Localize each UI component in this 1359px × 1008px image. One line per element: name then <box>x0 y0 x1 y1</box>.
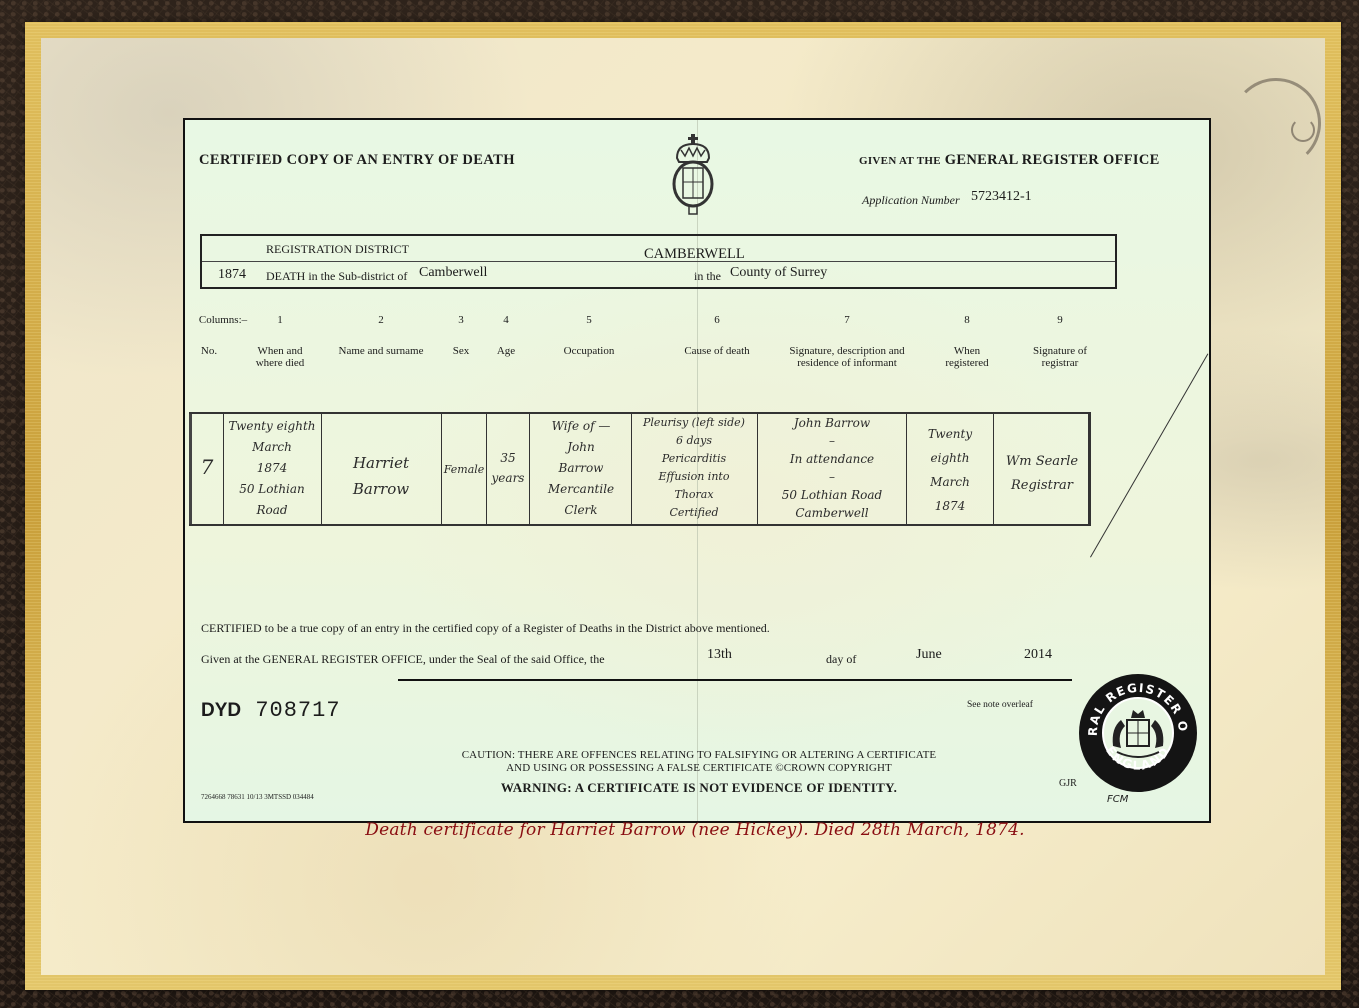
certified-statement: CERTIFIED to be a true copy of an entry … <box>201 621 770 636</box>
county-label: in the <box>694 269 721 284</box>
column-header-age: Age <box>497 345 515 357</box>
caution-text: CAUTION: THERE ARE OFFENCES RELATING TO … <box>449 749 949 775</box>
column-number-7: 7 <box>844 314 850 326</box>
column-header-registrar: Signature of registrar <box>1033 345 1087 369</box>
issue-month: June <box>916 647 942 663</box>
column-divider <box>757 414 758 524</box>
column-number-3: 3 <box>458 314 464 326</box>
given-at-heading: GIVEN AT THE GENERAL REGISTER OFFICE <box>859 152 1160 169</box>
warning-notice: WARNING: A CERTIFICATE IS NOT EVIDENCE O… <box>185 780 1211 796</box>
column-number-4: 4 <box>503 314 509 326</box>
county-value: County of Surrey <box>730 265 827 281</box>
column-number-2: 2 <box>378 314 384 326</box>
column-number-1: 1 <box>277 314 283 326</box>
serial-number: 708717 <box>255 698 340 723</box>
column-divider <box>631 414 632 524</box>
column-number-8: 8 <box>964 314 970 326</box>
column-header-cause: Cause of death <box>684 345 749 357</box>
column-header-name: Name and surname <box>339 345 424 357</box>
entry-registrar-signature: Wm Searle Registrar <box>995 450 1089 498</box>
table-border <box>189 414 192 524</box>
certificate-title: CERTIFIED COPY OF AN ENTRY OF DEATH <box>199 152 515 169</box>
diagonal-cancel-line <box>1090 353 1208 557</box>
column-number-6: 6 <box>714 314 720 326</box>
application-number-label: Application Number <box>862 193 960 208</box>
subdistrict-value: Camberwell <box>419 265 487 281</box>
signature-line <box>398 679 1072 681</box>
column-divider <box>223 414 224 524</box>
decorative-curl-icon <box>1291 118 1315 142</box>
print-code: 7264668 78631 10/13 3MTSSD 034484 <box>201 793 314 801</box>
column-header-no: No. <box>201 345 217 357</box>
subdistrict-label: DEATH in the Sub-district of <box>266 269 407 284</box>
image-caption: Death certificate for Harriet Barrow (ne… <box>0 820 1359 840</box>
entry-when-registered: Twenty eighth March 1874 <box>908 422 992 518</box>
column-divider <box>441 414 442 524</box>
column-number-9: 9 <box>1057 314 1063 326</box>
column-header-informant: Signature, description and residence of … <box>789 345 904 369</box>
column-number-5: 5 <box>586 314 592 326</box>
entry-sex: Female <box>443 460 485 479</box>
column-header-when-where: When and where died <box>256 345 305 369</box>
columns-label: Columns:– <box>199 314 247 326</box>
application-number: 5723412-1 <box>971 189 1032 205</box>
given-at-prefix: GIVEN AT THE <box>859 155 941 167</box>
printed-initials: GJR <box>1059 778 1077 789</box>
entry-number: 7 <box>193 458 221 477</box>
entry-table-row: 7 Twenty eighth March 1874 50 Lothian Ro… <box>189 412 1091 526</box>
column-divider <box>529 414 530 524</box>
registration-district-label: REGISTRATION DISTRICT <box>266 242 409 257</box>
handwritten-initials: FCM <box>1107 794 1128 805</box>
column-divider <box>993 414 994 524</box>
see-note-overleaf: See note overleaf <box>967 700 1033 710</box>
column-header-registered: When registered <box>945 345 988 369</box>
serial-prefix: DYD <box>201 700 241 721</box>
entry-age: 35 years <box>488 448 528 488</box>
certificate-serial: DYD 708717 <box>201 698 341 723</box>
issue-year: 2014 <box>1024 647 1052 663</box>
registration-year: 1874 <box>218 267 246 283</box>
office-name: GENERAL REGISTER OFFICE <box>945 152 1160 168</box>
column-header-sex: Sex <box>453 345 470 357</box>
entry-occupation: Wife of — John Barrow Mercantile Clerk <box>533 416 629 521</box>
registration-district-box: REGISTRATION DISTRICT CAMBERWELL 1874 DE… <box>200 234 1117 289</box>
entry-informant: John Barrow – In attendance – 50 Lothian… <box>759 414 905 522</box>
given-at-statement: Given at the GENERAL REGISTER OFFICE, un… <box>201 652 605 667</box>
entry-name: Harriet Barrow <box>323 450 439 502</box>
caution-notice: CAUTION: THERE ARE OFFENCES RELATING TO … <box>185 749 1211 775</box>
issue-day: 13th <box>707 647 732 663</box>
column-header-occupation: Occupation <box>564 345 615 357</box>
column-divider <box>906 414 907 524</box>
royal-crest-icon <box>671 132 715 216</box>
column-divider <box>486 414 487 524</box>
entry-cause-of-death: Pleurisy (left side) 6 days Pericarditis… <box>633 414 755 522</box>
day-of-label: day of <box>826 652 856 667</box>
death-certificate: CERTIFIED COPY OF AN ENTRY OF DEATH GIVE… <box>183 118 1211 823</box>
column-divider <box>321 414 322 524</box>
registration-district-value: CAMBERWELL <box>644 246 745 263</box>
general-register-office-seal-icon: GENERAL REGISTER OFFICE ENGLAND <box>1077 672 1199 794</box>
entry-when-where: Twenty eighth March 1874 50 Lothian Road <box>225 416 319 521</box>
